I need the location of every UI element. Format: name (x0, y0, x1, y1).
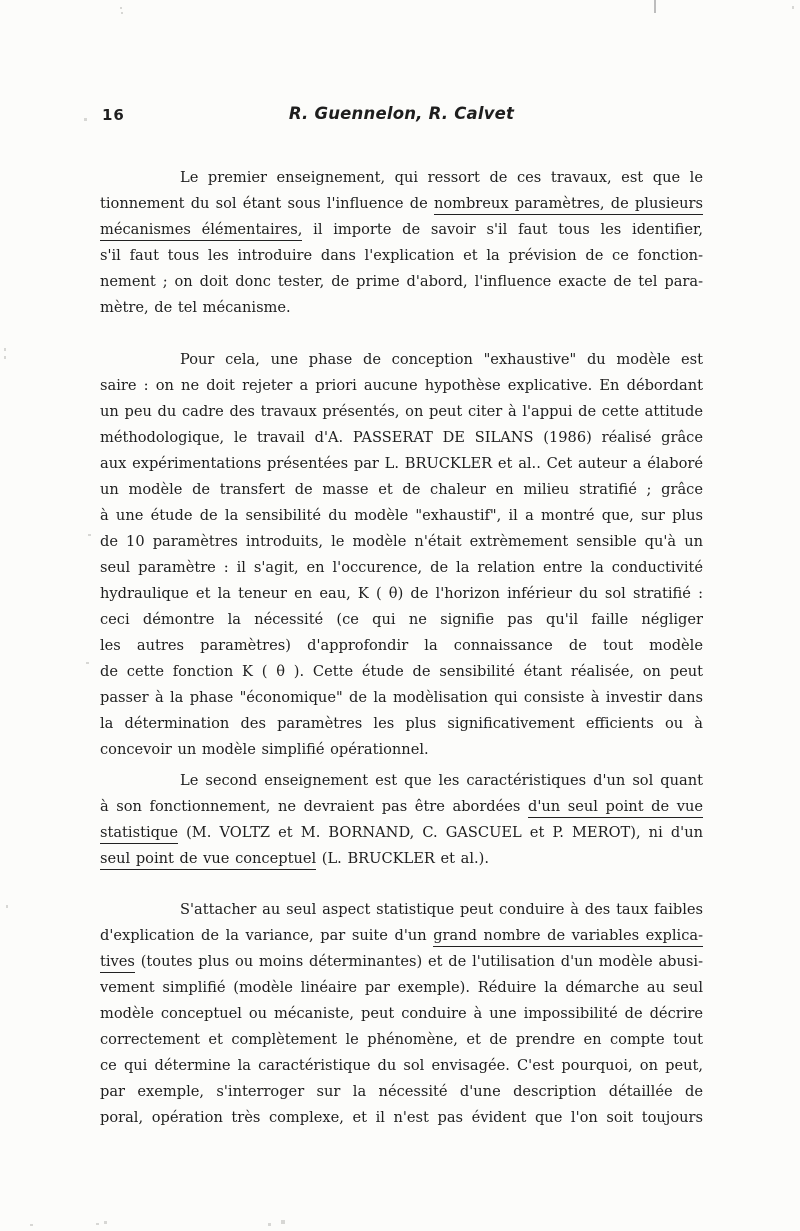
text-segment: Pour cela, une phase de conception "exha… (180, 351, 703, 373)
underlined-segment: mécanismes élémentaires, (100, 221, 302, 241)
text-segment: (toutes plus ou moins déterminantes) et … (135, 953, 703, 970)
text-segment: s'il faut tous les introduire dans l'exp… (100, 247, 703, 264)
text-segment: à une étude de la sensibilité du modèle … (100, 507, 703, 524)
underlined-segment: d'un seul point de vue (528, 798, 703, 818)
text-segment: modèle conceptuel ou mécaniste, peut con… (100, 1005, 703, 1022)
underlined-segment: statistique (100, 824, 178, 844)
scan-artifact (4, 348, 6, 351)
scan-artifact (86, 662, 89, 664)
text-line: tives (toutes plus ou moins déterminante… (100, 949, 703, 975)
text-line: à une étude de la sensibilité du modèle … (100, 503, 703, 529)
scan-artifact (30, 1224, 33, 1226)
paragraph-1: Le premier enseignement, qui ressort de … (100, 165, 703, 321)
text-line: passer à la phase "économique" de la mod… (100, 685, 703, 711)
text-line: mètre, de tel mécanisme. (100, 295, 703, 321)
scan-artifact (654, 0, 656, 13)
text-line: modèle conceptuel ou mécaniste, peut con… (100, 1001, 703, 1027)
scan-artifact (96, 1223, 99, 1225)
text-segment: par exemple, s'interroger sur la nécessi… (100, 1083, 703, 1105)
page-header: 16 R. Guennelon, R. Calvet (100, 104, 703, 126)
scan-artifact (6, 905, 8, 908)
text-segment: (L. BRUCKLER et al.). (316, 850, 489, 867)
text-segment: mètre, de tel mécanisme. (100, 299, 291, 316)
text-line: correctement et complètement le phénomèn… (100, 1027, 703, 1053)
text-line: méthodologique, le travail d'A. PASSERAT… (100, 425, 703, 451)
paragraph-3: Le second enseignement est que les carac… (100, 768, 703, 872)
text-segment: un modèle de transfert de masse et de ch… (100, 481, 703, 498)
text-line: vement simplifié (modèle linéaire par ex… (100, 975, 703, 1001)
text-line: mécanismes élémentaires, il importe de s… (100, 217, 703, 243)
text-segment: Le premier enseignement, qui ressort de … (180, 169, 703, 191)
text-segment: ce qui détermine la caractéristique du s… (100, 1057, 703, 1074)
text-line: la détermination des paramètres les plus… (100, 711, 703, 737)
text-segment: la détermination des paramètres les plus… (100, 715, 703, 732)
scan-artifact (84, 118, 87, 121)
text-line: seul paramètre : il s'agit, en l'occuren… (100, 555, 703, 581)
text-segment: (M. VOLTZ et M. BORNAND, C. GASCUEL et P… (178, 824, 703, 841)
scan-artifact (104, 1221, 107, 1224)
text-line: statistique (M. VOLTZ et M. BORNAND, C. … (100, 820, 703, 846)
underlined-segment: nombreux paramètres, de plusieurs (434, 195, 703, 215)
text-line: ce qui détermine la caractéristique du s… (100, 1053, 703, 1079)
underlined-segment: grand nombre de variables explica- (433, 927, 703, 947)
scanned-page: 16 R. Guennelon, R. Calvet Le premier en… (0, 0, 800, 1231)
text-line: Le second enseignement est que les carac… (100, 768, 703, 794)
text-line: Pour cela, une phase de conception "exha… (100, 347, 703, 373)
text-segment: concevoir un modèle simplifié opérationn… (100, 741, 429, 758)
text-segment: hydraulique et la teneur en eau, K ( θ) … (100, 585, 703, 602)
text-segment: les autres paramètres) d'approfondir la … (100, 637, 703, 659)
text-line: tionnement du sol étant sous l'influence… (100, 191, 703, 217)
running-head-authors: R. Guennelon, R. Calvet (100, 104, 703, 123)
text-segment: de 10 paramètres introduits, le modèle n… (100, 533, 703, 550)
text-line: un modèle de transfert de masse et de ch… (100, 477, 703, 503)
text-segment: Le second enseignement est que les carac… (180, 772, 703, 789)
text-line: seul point de vue conceptuel (L. BRUCKLE… (100, 846, 703, 872)
text-line: les autres paramètres) d'approfondir la … (100, 633, 703, 659)
text-segment: il importe de savoir s'il faut tous les … (302, 221, 703, 238)
scan-artifact (4, 356, 6, 359)
scan-artifact (792, 6, 794, 9)
text-line: d'explication de la variance, par suite … (100, 923, 703, 949)
text-line: aux expérimentations présentées par L. B… (100, 451, 703, 477)
text-line: Le premier enseignement, qui ressort de … (100, 165, 703, 191)
text-line: de cette fonction K ( θ ). Cette étude d… (100, 659, 703, 685)
text-line: ceci démontre la nécessité (ce qui ne si… (100, 607, 703, 633)
text-line: par exemple, s'interroger sur la nécessi… (100, 1079, 703, 1105)
text-segment: passer à la phase "économique" de la mod… (100, 689, 703, 706)
text-segment: aux expérimentations présentées par L. B… (100, 455, 703, 472)
text-segment: seul paramètre : il s'agit, en l'occuren… (100, 559, 703, 576)
text-line: nement ; on doit donc tester, de prime d… (100, 269, 703, 295)
text-segment: vement simplifié (modèle linéaire par ex… (100, 979, 703, 996)
paragraph-4: S'attacher au seul aspect statistique pe… (100, 897, 703, 1131)
text-segment: ceci démontre la nécessité (ce qui ne si… (100, 611, 703, 633)
underlined-segment: tives (100, 953, 135, 973)
scan-artifact (88, 534, 91, 536)
text-segment: d'explication de la variance, par suite … (100, 927, 433, 944)
text-line: hydraulique et la teneur en eau, K ( θ) … (100, 581, 703, 607)
text-segment: méthodologique, le travail d'A. PASSERAT… (100, 429, 703, 446)
text-segment: à son fonctionnement, ne devraient pas ê… (100, 798, 528, 815)
text-segment: poral, opération très complexe, et il n'… (100, 1109, 703, 1126)
text-segment: un peu du cadre des travaux présentés, o… (100, 403, 703, 420)
scan-artifact (120, 7, 122, 9)
text-segment: correctement et complètement le phénomèn… (100, 1031, 703, 1048)
scan-artifact (268, 1223, 271, 1226)
text-line: de 10 paramètres introduits, le modèle n… (100, 529, 703, 555)
text-line: poral, opération très complexe, et il n'… (100, 1105, 703, 1131)
text-line: s'il faut tous les introduire dans l'exp… (100, 243, 703, 269)
text-segment: tionnement du sol étant sous l'influence… (100, 195, 434, 212)
text-line: un peu du cadre des travaux présentés, o… (100, 399, 703, 425)
text-segment: S'attacher au seul aspect statistique pe… (180, 901, 703, 918)
paragraph-2: Pour cela, une phase de conception "exha… (100, 347, 703, 763)
scan-artifact (281, 1220, 285, 1224)
text-segment: de cette fonction K ( θ ). Cette étude d… (100, 663, 703, 680)
text-line: saire : on ne doit rejeter a priori aucu… (100, 373, 703, 399)
text-line: S'attacher au seul aspect statistique pe… (100, 897, 703, 923)
text-segment: saire : on ne doit rejeter a priori aucu… (100, 377, 703, 394)
text-line: à son fonctionnement, ne devraient pas ê… (100, 794, 703, 820)
text-line: concevoir un modèle simplifié opérationn… (100, 737, 703, 763)
scan-artifact (121, 12, 123, 14)
underlined-segment: seul point de vue conceptuel (100, 850, 316, 870)
text-segment: nement ; on doit donc tester, de prime d… (100, 273, 703, 290)
